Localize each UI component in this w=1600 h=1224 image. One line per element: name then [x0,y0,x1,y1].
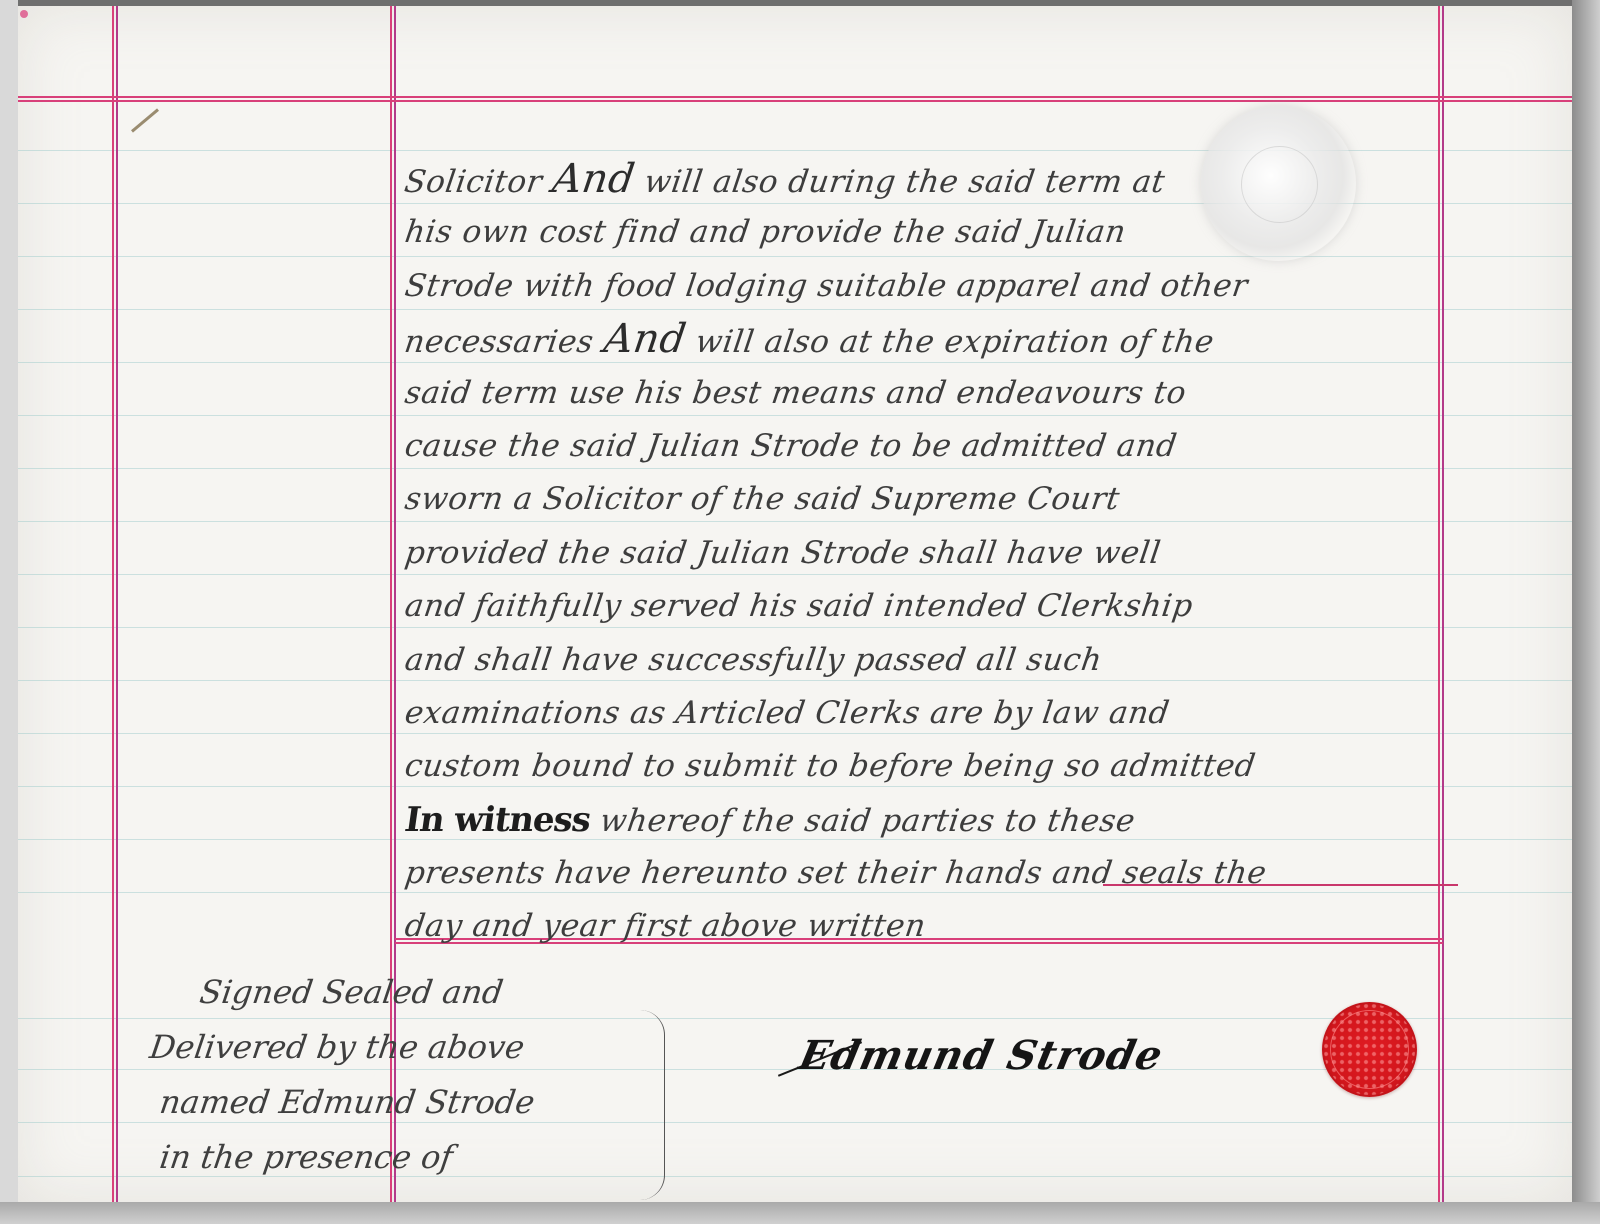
wax-seal-ring [1330,1010,1409,1089]
top-margin-rule [18,96,1572,102]
body-line: In witness whereof the said parties to t… [401,794,1449,847]
text-span: presents have hereunto set their hands a… [403,855,1269,891]
text-span: whereof the said parties to these [587,803,1137,839]
scanner-edge-left [0,0,18,1224]
and-flourish: And [601,316,689,362]
body-line: and faithfully served his said intended … [401,580,1449,633]
body-line: presents have hereunto set their hands a… [401,847,1449,900]
body-line: Solicitor And will also during the said … [401,153,1449,206]
text-span: said term use his best means and endeavo… [403,375,1189,411]
text-span: will also at the expiration of the [683,324,1216,360]
attestation-line: Signed Sealed and [146,965,674,1020]
left-margin-rule [112,6,118,1202]
text-span: day and year first above written [403,908,929,944]
attestation-line: named Edmund Strode [146,1075,674,1130]
body-line: necessaries And will also at the expirat… [401,313,1449,366]
body-line: cause the said Julian Strode to be admit… [401,420,1449,473]
text-span: provided the said Julian Strode shall ha… [403,535,1163,571]
body-line: day and year first above written [401,900,1449,953]
attestation-brace [640,1010,665,1200]
body-line: Strode with food lodging suitable appare… [401,260,1449,313]
text-span: necessaries [402,324,606,360]
scanner-edge-right [1572,0,1600,1224]
body-line: sworn a Solicitor of the said Supreme Co… [401,473,1449,526]
red-wax-seal [1322,1002,1417,1097]
corner-ink-mark [20,10,28,18]
deed-body-text: Solicitor And will also during the said … [405,153,1445,954]
text-span: Strode with food lodging suitable appare… [403,268,1251,304]
in-witness-heading: In witness [402,800,593,840]
text-span: and shall have successfully passed all s… [403,642,1105,678]
text-span: will also during the said term at [632,164,1168,200]
body-line: custom bound to submit to before being s… [401,740,1449,793]
body-line: examinations as Articled Clerks are by l… [401,687,1449,740]
attestation-clause: Signed Sealed and Delivered by the above… [150,965,670,1185]
scanner-edge-bottom [0,1202,1600,1224]
text-span: custom bound to submit to before being s… [403,748,1258,784]
text-span: his own cost find and provide the said J… [403,214,1129,250]
body-line: his own cost find and provide the said J… [401,206,1449,259]
attestation-line: in the presence of [146,1130,674,1185]
body-line: and shall have successfully passed all s… [401,634,1449,687]
text-span: cause the said Julian Strode to be admit… [403,428,1180,464]
signature: Edmund Strode [795,1032,1167,1079]
text-span: Solicitor [402,164,555,200]
body-line: provided the said Julian Strode shall ha… [401,527,1449,580]
text-span: sworn a Solicitor of the said Supreme Co… [403,481,1122,517]
body-line: said term use his best means and endeavo… [401,367,1449,420]
text-span: examinations as Articled Clerks are by l… [403,695,1172,731]
attestation-line: Delivered by the above [146,1020,674,1075]
and-flourish: And [550,156,638,202]
pin-hole-mark [131,108,159,132]
text-span: and faithfully served his said intended … [403,588,1196,624]
